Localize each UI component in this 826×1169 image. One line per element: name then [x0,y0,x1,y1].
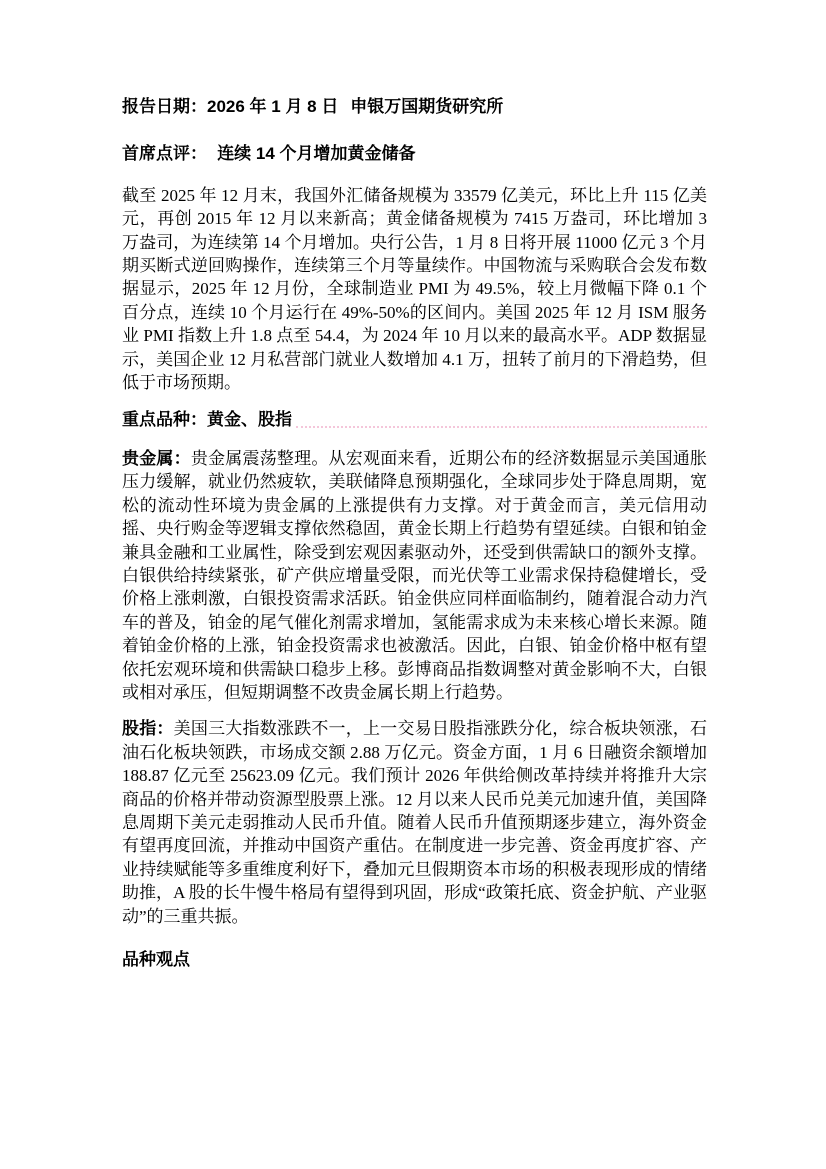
stock-index-lead: 股指： [122,719,174,738]
summary-paragraph: 截至 2025 年 12 月末，我国外汇储备规模为 33579 亿美元，环比上升… [122,184,707,395]
chief-comment-line: 首席点评：连续 14 个月增加黄金储备 [122,142,707,165]
precious-metals-lead: 贵金属： [122,449,191,468]
chief-comment-label: 首席点评： [122,144,207,163]
stock-index-body: 美国三大指数涨跌不一，上一交易日股指涨跌分化，综合板块领涨，石油石化板块领跌，市… [122,719,707,925]
stock-index-paragraph: 股指：美国三大指数涨跌不一，上一交易日股指涨跌分化，综合板块领涨，石油石化板块领… [122,717,707,928]
key-varieties-heading: 重点品种：黄金、股指 [122,408,292,431]
institute-name: 申银万国期货研究所 [350,97,503,116]
report-date-line: 报告日期：2026 年 1 月 8 日申银万国期货研究所 [122,95,707,118]
chief-comment-title: 连续 14 个月增加黄金储备 [217,144,415,163]
report-page: 报告日期：2026 年 1 月 8 日申银万国期货研究所 首席点评：连续 14 … [0,0,826,1169]
dotted-rule [296,426,707,428]
varieties-view-heading: 品种观点 [122,948,707,971]
report-content: 报告日期：2026 年 1 月 8 日申银万国期货研究所 首席点评：连续 14 … [122,0,707,971]
precious-metals-paragraph: 贵金属：贵金属震荡整理。从宏观面来看，近期公布的经济数据显示美国通胀压力缓解，就… [122,447,707,704]
report-date: 报告日期：2026 年 1 月 8 日 [122,97,338,116]
key-varieties-heading-row: 重点品种：黄金、股指 [122,408,707,431]
precious-metals-body: 贵金属震荡整理。从宏观面来看，近期公布的经济数据显示美国通胀压力缓解，就业仍然疲… [122,449,707,702]
